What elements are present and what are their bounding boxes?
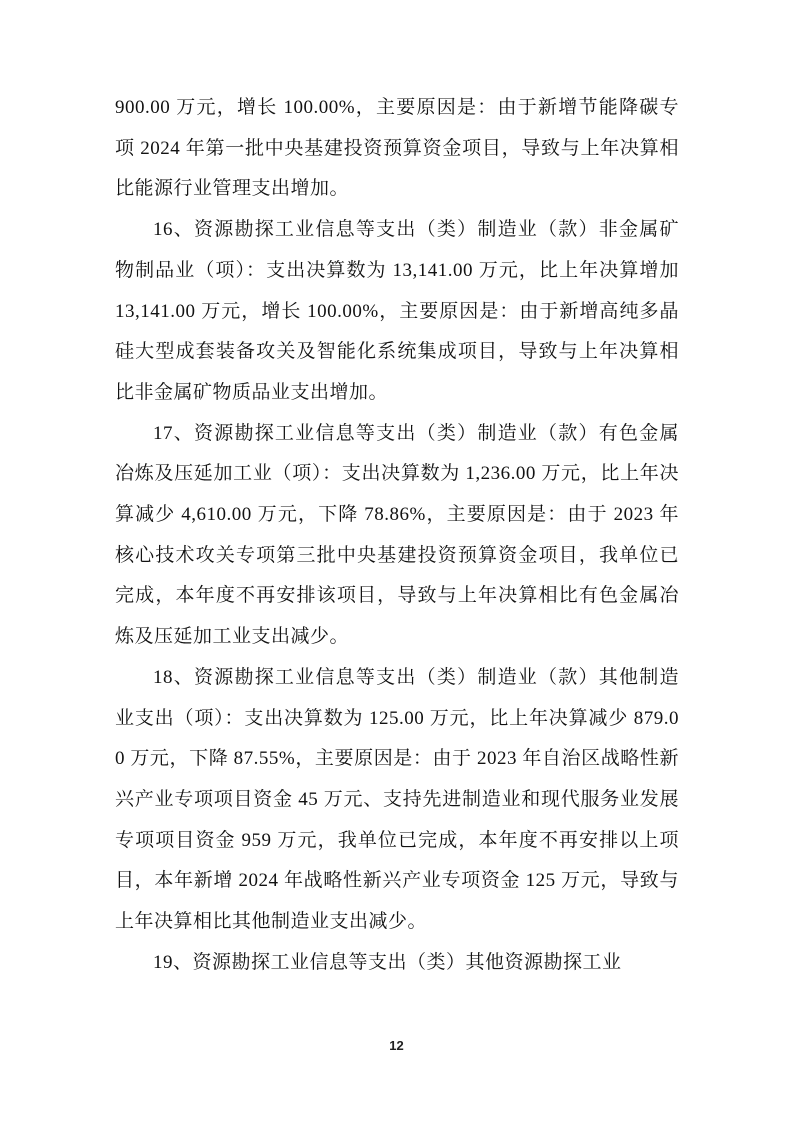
page-number: 12 xyxy=(0,1038,793,1053)
paragraph: 16、资源勘探工业信息等支出（类）制造业（款）非金属矿物制品业（项）：支出决算数… xyxy=(115,210,679,414)
paragraph: 19、资源勘探工业信息等支出（类）其他资源勘探工业 xyxy=(115,943,679,984)
paragraph: 17、资源勘探工业信息等支出（类）制造业（款）有色金属冶炼及压延加工业（项）：支… xyxy=(115,414,679,658)
document-body: 900.00 万元，增长 100.00%，主要原因是：由于新增节能降碳专项 20… xyxy=(115,88,679,983)
document-page: 900.00 万元，增长 100.00%，主要原因是：由于新增节能降碳专项 20… xyxy=(0,0,793,1122)
paragraph: 900.00 万元，增长 100.00%，主要原因是：由于新增节能降碳专项 20… xyxy=(115,88,679,210)
paragraph: 18、资源勘探工业信息等支出（类）制造业（款）其他制造业支出（项）：支出决算数为… xyxy=(115,658,679,943)
